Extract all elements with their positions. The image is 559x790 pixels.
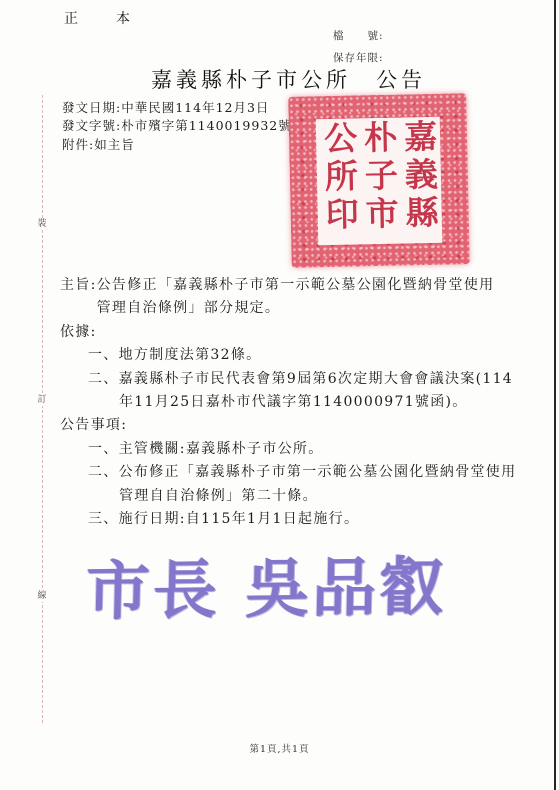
matters-label: 公告事項: xyxy=(60,414,526,437)
document-meta: 發文日期:中華民國114年12月3日 發文字號:朴市殯字第1140019932號… xyxy=(62,99,292,154)
official-seal-stamp: 嘉義縣朴子市公所印 xyxy=(288,93,470,268)
basis-label: 依據: xyxy=(60,321,526,344)
official-seal-text: 嘉義縣朴子市公所印 xyxy=(318,118,441,242)
copy-type-label: 正 本 xyxy=(64,8,142,28)
issue-date: 發文日期:中華民國114年12月3日 xyxy=(62,99,292,117)
matters-item: 一、主管機關:嘉義縣朴子市公所。 xyxy=(88,438,524,461)
mayor-signature-stamp: 市長 吳品叡 xyxy=(85,535,447,632)
announcement-body: 主旨: 公告修正「嘉義縣朴子市第一示範公墓公園化暨納骨堂使用管理自治條例」部分規… xyxy=(60,274,526,531)
matters-list: 一、主管機關:嘉義縣朴子市公所。 二、公布修正「嘉義縣朴子市第一示範公墓公園化暨… xyxy=(88,438,524,532)
binding-line xyxy=(42,95,43,723)
official-seal-inner: 嘉義縣朴子市公所印 xyxy=(316,116,443,245)
matters-item: 三、施行日期:自115年1月1日起施行。 xyxy=(88,508,524,531)
file-number-label: 檔 號: xyxy=(333,25,384,47)
attachment-note: 附件:如主旨 xyxy=(62,136,292,154)
binding-mark-ding: 訂 xyxy=(34,394,50,406)
basis-item: 二、嘉義縣朴子市民代表會第9屆第6次定期大會會議決案(114年11月25日嘉朴市… xyxy=(88,368,524,415)
basis-item: 一、地方制度法第32條。 xyxy=(88,344,524,367)
document-page: 裝 訂 線 正 本 檔 號: 保存年限: 嘉義縣朴子市公所 公告 發文日期:中華… xyxy=(0,0,559,790)
page-number: 第1頁,共1頁 xyxy=(0,741,559,755)
filing-info: 檔 號: 保存年限: xyxy=(333,25,384,69)
binding-mark-xian: 線 xyxy=(34,590,50,602)
subject-label: 主旨: xyxy=(60,274,97,321)
document-number: 發文字號:朴市殯字第1140019932號 xyxy=(62,117,292,135)
matters-item: 二、公布修正「嘉義縣朴子市第一示範公墓公園化暨納骨堂使用管理自自治條例」第二十條… xyxy=(88,461,524,508)
basis-list: 一、地方制度法第32條。 二、嘉義縣朴子市民代表會第9屆第6次定期大會會議決案(… xyxy=(88,344,524,414)
scan-edge xyxy=(554,0,556,790)
page-title: 嘉義縣朴子市公所 公告 xyxy=(0,64,559,94)
subject-section: 主旨: 公告修正「嘉義縣朴子市第一示範公墓公園化暨納骨堂使用管理自治條例」部分規… xyxy=(60,274,526,321)
binding-mark-zhuang: 裝 xyxy=(34,218,50,230)
subject-text: 公告修正「嘉義縣朴子市第一示範公墓公園化暨納骨堂使用管理自治條例」部分規定。 xyxy=(97,274,501,321)
